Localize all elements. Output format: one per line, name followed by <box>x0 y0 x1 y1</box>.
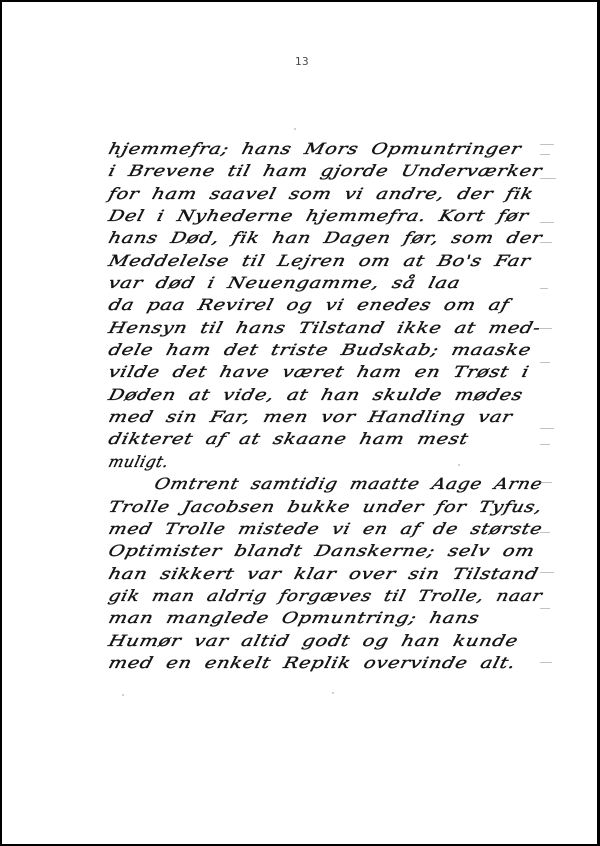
manuscript-line-text: Hensyn til hans Tilstand ikke at med- <box>106 317 543 339</box>
manuscript-line: Hensyn til hans Tilstand ikke at med- <box>106 317 562 339</box>
manuscript-line-text: Del i Nyhederne hjemmefra. Kort før <box>106 205 531 227</box>
manuscript-line: i Brevene til ham gjorde Underværker <box>106 160 562 182</box>
manuscript-line-text: man manglede Opmuntring; hans <box>106 607 482 629</box>
manuscript-line: hjemmefra; hans Mors Opmuntringer <box>106 138 562 160</box>
manuscript-line-text: dikteret af at skaane ham mest <box>106 428 471 450</box>
manuscript-line: dele ham det triste Budskab; maaske <box>106 339 562 361</box>
handwritten-text-body: hjemmefra; hans Mors Opmuntringeri Breve… <box>106 138 556 674</box>
manuscript-line-text: muligt. <box>106 451 171 473</box>
manuscript-line: dikteret af at skaane ham mest <box>106 428 562 450</box>
manuscript-line-text: Omtrent samtidig maatte Aage Arne <box>152 473 545 495</box>
manuscript-line: for ham saavel som vi andre, der fik <box>106 183 562 205</box>
manuscript-line: da paa Revirel og vi enedes om af <box>106 294 562 316</box>
manuscript-line: med sin Far, men vor Handling var <box>106 406 562 428</box>
manuscript-line-text: Trolle Jacobsen bukke under for Tyfus, <box>106 496 545 518</box>
manuscript-line: Optimister blandt Danskerne; selv om <box>106 540 562 562</box>
speck <box>294 128 296 130</box>
manuscript-line: man manglede Opmuntring; hans <box>106 607 562 629</box>
manuscript-line-text: med Trolle mistede vi en af de største <box>106 518 545 540</box>
manuscript-line-text: dele ham det triste Budskab; maaske <box>106 339 534 361</box>
manuscript-line-text: da paa Revirel og vi enedes om af <box>106 294 512 316</box>
manuscript-line: Humør var altid godt og han kunde <box>106 630 562 652</box>
manuscript-line-text: i Brevene til ham gjorde Underværker <box>106 160 545 182</box>
manuscript-line: Del i Nyhederne hjemmefra. Kort før <box>106 205 562 227</box>
manuscript-line: muligt. <box>106 451 562 473</box>
photocopy-margin-marks <box>540 142 560 682</box>
manuscript-line-text: vilde det have været ham en Trøst i <box>106 361 532 383</box>
manuscript-line-text: Optimister blandt Danskerne; selv om <box>106 540 537 562</box>
manuscript-line-text: hjemmefra; hans Mors Opmuntringer <box>106 138 524 160</box>
manuscript-line: Trolle Jacobsen bukke under for Tyfus, <box>106 496 562 518</box>
manuscript-line-text: Meddelelse til Lejren om at Bo's Far <box>106 250 533 272</box>
manuscript-line-text: gik man aldrig forgæves til Trolle, naar <box>106 585 545 607</box>
speck <box>332 692 334 694</box>
manuscript-line: med Trolle mistede vi en af de største <box>106 518 562 540</box>
document-page: 13 hjemmefra; hans Mors Opmuntringeri Br… <box>0 0 600 846</box>
manuscript-line-text: med en enkelt Replik overvinde alt. <box>106 652 518 674</box>
manuscript-line: Omtrent samtidig maatte Aage Arne <box>106 473 562 495</box>
manuscript-line-text: han sikkert var klar over sin Tilstand <box>106 563 541 585</box>
manuscript-line-text: for ham saavel som vi andre, der fik <box>106 183 536 205</box>
speck <box>458 464 460 466</box>
manuscript-line: han sikkert var klar over sin Tilstand <box>106 563 562 585</box>
manuscript-line-text: Døden at vide, at han skulde mødes <box>106 384 525 406</box>
speck <box>122 694 124 696</box>
manuscript-line: hans Død, fik han Dagen før, som der <box>106 227 562 249</box>
manuscript-line: vilde det have været ham en Trøst i <box>106 361 562 383</box>
manuscript-line-text: hans Død, fik han Dagen før, som der <box>106 227 545 249</box>
manuscript-line: med en enkelt Replik overvinde alt. <box>106 652 562 674</box>
manuscript-line: gik man aldrig forgæves til Trolle, naar <box>106 585 562 607</box>
manuscript-line: Meddelelse til Lejren om at Bo's Far <box>106 250 562 272</box>
page-number: 13 <box>2 55 600 68</box>
manuscript-line-text: var død i Neuengamme, så laa <box>106 272 463 294</box>
manuscript-line: Døden at vide, at han skulde mødes <box>106 384 562 406</box>
manuscript-line: var død i Neuengamme, så laa <box>106 272 562 294</box>
manuscript-line-text: Humør var altid godt og han kunde <box>106 630 521 652</box>
manuscript-line-text: med sin Far, men vor Handling var <box>106 406 515 428</box>
